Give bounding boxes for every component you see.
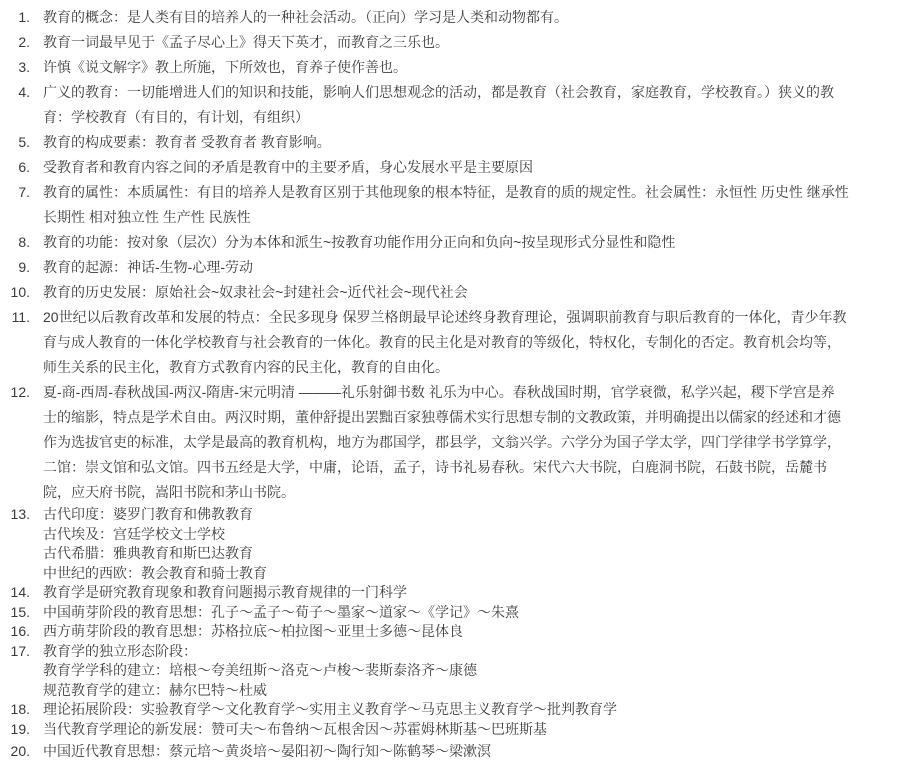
item-number: 8. [0, 230, 30, 255]
item-line: 教育的构成要素：教育者 受教育者 教育影响。 [43, 130, 897, 155]
item-number: 15. [0, 603, 30, 623]
item-content: 20世纪以后教育改革和发展的特点：全民多现身 保罗兰格朗最早论述终身教育理论，强… [43, 305, 903, 380]
list-item: 17. 教育学的独立形态阶段：教育学学科的建立：培根～夸美纽斯～洛克～卢梭～裴斯… [0, 642, 903, 701]
item-line: 20世纪以后教育改革和发展的特点：全民多现身 保罗兰格朗最早论述终身教育理论，强… [43, 305, 897, 330]
item-line: 教育学是研究教育现象和教育问题揭示教育规律的一门科学 [43, 583, 897, 603]
item-line: 育：学校教育（有目的，有计划，有组织） [43, 105, 897, 130]
list-item: 15. 中国萌芽阶段的教育思想：孔子～孟子～荀子～墨家～道家～《学记》～朱熹 [0, 603, 903, 623]
item-number: 3. [0, 55, 30, 80]
item-line: 教育的功能：按对象（层次）分为本体和派生~按教育功能作用分正向和负向~按呈现形式… [43, 230, 897, 255]
item-line: 当代教育学理论的新发展：赞可夫～布鲁纳～瓦根舍因～苏霍姆林斯基～巴班斯基 [43, 720, 897, 740]
item-line: 育与成人教育的一体化学校教育与社会教育的一体化。教育的民主化是对教育的等级化，特… [43, 330, 897, 355]
item-number: 5. [0, 130, 30, 155]
list-item: 11. 20世纪以后教育改革和发展的特点：全民多现身 保罗兰格朗最早论述终身教育… [0, 305, 903, 380]
item-line: 院，应天府书院，嵩阳书院和茅山书院。 [43, 480, 897, 505]
list-item: 6. 受教育者和教育内容之间的矛盾是教育中的主要矛盾，身心发展水平是主要原因 [0, 155, 903, 180]
item-content: 古代印度：婆罗门教育和佛教教育古代埃及：宫廷学校文士学校古代希腊：雅典教育和斯巴… [43, 505, 903, 583]
item-content: 教育的属性：本质属性：有目的培养人是教育区别于其他现象的根本特征，是教育的质的规… [43, 180, 903, 230]
list-item: 16. 西方萌芽阶段的教育思想：苏格拉底～柏拉图～亚里士多德～昆体良 [0, 622, 903, 642]
item-number: 1. [0, 5, 30, 30]
list-item: 13. 古代印度：婆罗门教育和佛教教育古代埃及：宫廷学校文士学校古代希腊：雅典教… [0, 505, 903, 583]
item-line: 中世纪的西欧：教会教育和骑士教育 [43, 564, 897, 584]
item-number: 9. [0, 255, 30, 280]
list-item: 20. 中国近代教育思想：蔡元培～黄炎培～晏阳初～陶行知～陈鹤琴～梁漱溟 [0, 742, 903, 762]
item-number: 18. [0, 700, 30, 720]
item-content: 许慎《说文解字》教上所施，下所效也，育养子使作善也。 [43, 55, 903, 80]
list-item: 1. 教育的概念：是人类有目的培养人的一种社会活动。（正向）学习是人类和动物都有… [0, 5, 903, 30]
list-item: 8. 教育的功能：按对象（层次）分为本体和派生~按教育功能作用分正向和负向~按呈… [0, 230, 903, 255]
item-line: 士的缩影，特点是学术自由。两汉时期，董仲舒提出罢黜百家独尊儒术实行思想专制的文教… [43, 405, 897, 430]
item-line: 古代希腊：雅典教育和斯巴达教育 [43, 544, 897, 564]
item-line: 教育的起源：神话-生物-心理-劳动 [43, 255, 897, 280]
item-number: 4. [0, 80, 30, 105]
item-content: 理论拓展阶段：实验教育学～文化教育学～实用主义教育学～马克思主义教育学～批判教育… [43, 700, 903, 720]
item-content: 广义的教育：一切能增进人们的知识和技能，影响人们思想观念的活动，都是教育（社会教… [43, 80, 903, 130]
item-line: 教育一词最早见于《孟子尽心上》得天下英才，而教育之三乐也。 [43, 30, 897, 55]
item-content: 教育学是研究教育现象和教育问题揭示教育规律的一门科学 [43, 583, 903, 603]
item-number: 19. [0, 720, 30, 740]
item-number: 12. [0, 380, 30, 405]
item-line: 教育的历史发展：原始社会~奴隶社会~封建社会~近代社会~现代社会 [43, 280, 897, 305]
item-line: 规范教育学的建立：赫尔巴特～杜威 [43, 681, 897, 701]
item-content: 教育一词最早见于《孟子尽心上》得天下英才，而教育之三乐也。 [43, 30, 903, 55]
item-content: 教育学的独立形态阶段：教育学学科的建立：培根～夸美纽斯～洛克～卢梭～裴斯泰洛齐～… [43, 642, 903, 701]
list-item: 18. 理论拓展阶段：实验教育学～文化教育学～实用主义教育学～马克思主义教育学～… [0, 700, 903, 720]
item-line: 长期性 相对独立性 生产性 民族性 [43, 205, 897, 230]
item-line: 教育学学科的建立：培根～夸美纽斯～洛克～卢梭～裴斯泰洛齐～康德 [43, 661, 897, 681]
item-content: 教育的起源：神话-生物-心理-劳动 [43, 255, 903, 280]
item-content: 西方萌芽阶段的教育思想：苏格拉底～柏拉图～亚里士多德～昆体良 [43, 622, 903, 642]
item-number: 13. [0, 505, 30, 525]
item-number: 17. [0, 642, 30, 662]
item-line: 受教育者和教育内容之间的矛盾是教育中的主要矛盾，身心发展水平是主要原因 [43, 155, 897, 180]
item-line: 西方萌芽阶段的教育思想：苏格拉底～柏拉图～亚里士多德～昆体良 [43, 622, 897, 642]
list-item: 2. 教育一词最早见于《孟子尽心上》得天下英才，而教育之三乐也。 [0, 30, 903, 55]
item-content: 教育的概念：是人类有目的培养人的一种社会活动。（正向）学习是人类和动物都有。 [43, 5, 903, 30]
list-item: 3. 许慎《说文解字》教上所施，下所效也，育养子使作善也。 [0, 55, 903, 80]
item-line: 二馆：崇文馆和弘文馆。四书五经是大学，中庸，论语，孟子，诗书礼易春秋。宋代六大书… [43, 455, 897, 480]
item-line: 师生关系的民主化，教育方式教育内容的民主化，教育的自由化。 [43, 355, 897, 380]
item-number: 20. [0, 742, 30, 762]
item-line: 广义的教育：一切能增进人们的知识和技能，影响人们思想观念的活动，都是教育（社会教… [43, 80, 897, 105]
item-line: 作为选拔官吏的标准，太学是最高的教育机构，地方为郡国学，郡县学，文翁兴学。六学分… [43, 430, 897, 455]
list-item: 5. 教育的构成要素：教育者 受教育者 教育影响。 [0, 130, 903, 155]
item-line: 教育的概念：是人类有目的培养人的一种社会活动。（正向）学习是人类和动物都有。 [43, 5, 897, 30]
item-content: 中国萌芽阶段的教育思想：孔子～孟子～荀子～墨家～道家～《学记》～朱熹 [43, 603, 903, 623]
item-content: 教育的历史发展：原始社会~奴隶社会~封建社会~近代社会~现代社会 [43, 280, 903, 305]
item-content: 教育的构成要素：教育者 受教育者 教育影响。 [43, 130, 903, 155]
list-item: 19. 当代教育学理论的新发展：赞可夫～布鲁纳～瓦根舍因～苏霍姆林斯基～巴班斯基 [0, 720, 903, 740]
notes-list: 1. 教育的概念：是人类有目的培养人的一种社会活动。（正向）学习是人类和动物都有… [0, 0, 903, 762]
item-number: 16. [0, 622, 30, 642]
item-content: 教育的功能：按对象（层次）分为本体和派生~按教育功能作用分正向和负向~按呈现形式… [43, 230, 903, 255]
list-item: 9. 教育的起源：神话-生物-心理-劳动 [0, 255, 903, 280]
item-line: 夏-商-西周-春秋战国-两汉-隋唐-宋元明清 ———礼乐射御书数 礼乐为中心。春… [43, 380, 897, 405]
item-line: 教育学的独立形态阶段： [43, 642, 897, 662]
item-line: 中国近代教育思想：蔡元培～黄炎培～晏阳初～陶行知～陈鹤琴～梁漱溟 [43, 742, 897, 762]
item-line: 理论拓展阶段：实验教育学～文化教育学～实用主义教育学～马克思主义教育学～批判教育… [43, 700, 897, 720]
item-line: 教育的属性：本质属性：有目的培养人是教育区别于其他现象的根本特征，是教育的质的规… [43, 180, 897, 205]
list-item: 7. 教育的属性：本质属性：有目的培养人是教育区别于其他现象的根本特征，是教育的… [0, 180, 903, 230]
item-line: 古代埃及：宫廷学校文士学校 [43, 525, 897, 545]
item-line: 古代印度：婆罗门教育和佛教教育 [43, 505, 897, 525]
item-content: 当代教育学理论的新发展：赞可夫～布鲁纳～瓦根舍因～苏霍姆林斯基～巴班斯基 [43, 720, 903, 740]
item-number: 6. [0, 155, 30, 180]
item-content: 夏-商-西周-春秋战国-两汉-隋唐-宋元明清 ———礼乐射御书数 礼乐为中心。春… [43, 380, 903, 505]
list-item: 12. 夏-商-西周-春秋战国-两汉-隋唐-宋元明清 ———礼乐射御书数 礼乐为… [0, 380, 903, 505]
list-item: 4. 广义的教育：一切能增进人们的知识和技能，影响人们思想观念的活动，都是教育（… [0, 80, 903, 130]
item-line: 中国萌芽阶段的教育思想：孔子～孟子～荀子～墨家～道家～《学记》～朱熹 [43, 603, 897, 623]
item-content: 中国近代教育思想：蔡元培～黄炎培～晏阳初～陶行知～陈鹤琴～梁漱溟 [43, 742, 903, 762]
list-item: 14. 教育学是研究教育现象和教育问题揭示教育规律的一门科学 [0, 583, 903, 603]
item-number: 10. [0, 280, 30, 305]
item-number: 14. [0, 583, 30, 603]
item-number: 11. [0, 305, 30, 330]
item-number: 7. [0, 180, 30, 205]
item-line: 许慎《说文解字》教上所施，下所效也，育养子使作善也。 [43, 55, 897, 80]
item-content: 受教育者和教育内容之间的矛盾是教育中的主要矛盾，身心发展水平是主要原因 [43, 155, 903, 180]
list-item: 10. 教育的历史发展：原始社会~奴隶社会~封建社会~近代社会~现代社会 [0, 280, 903, 305]
item-number: 2. [0, 30, 30, 55]
